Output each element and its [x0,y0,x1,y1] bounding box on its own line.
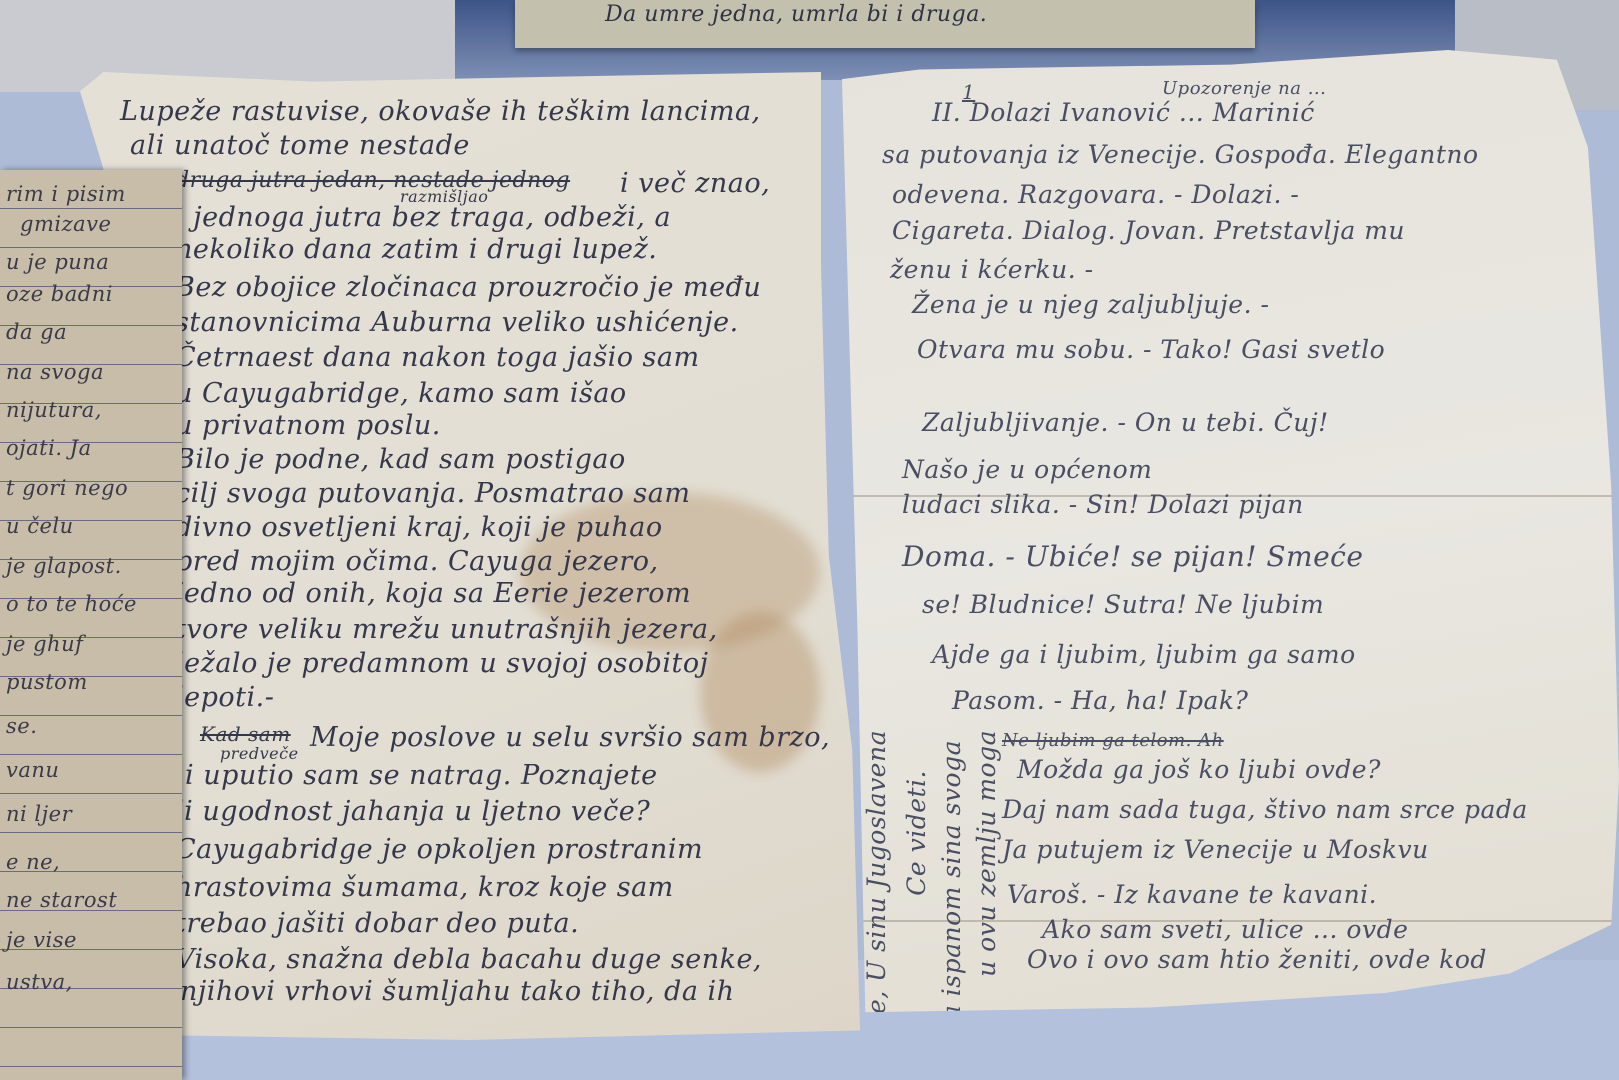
card-line: u čelu [6,514,74,538]
left-manuscript-page: Lupeže rastuvise, okovaše ih teškim lanc… [80,72,860,1040]
letter-line: pred mojim očima. Cayuga jezero, [175,546,659,577]
letter-line: nekoliko dana zatim i drugi lupež. [175,234,657,265]
card-line: ojati. Ja [6,436,92,460]
letter-line: tvore veliku mrežu unutrašnjih jezera, [175,614,718,645]
letter-line: u privatnom poslu. [175,410,441,441]
letter-line: ali unatoč tome nestade [130,130,470,161]
manuscript-scene: Da umre jedna, umrla bi i druga. Upozore… [0,0,1619,1080]
card-line: na svoga [6,360,104,384]
letter-line: lepoti.- [175,682,274,713]
right-line: ludaci slika. - Sin! Dolazi pijan [902,490,1304,519]
letter-line: stanovnicima Auburna veliko ushićenje. [175,307,739,338]
letter-line: hrastovima šumama, kroz koje sam [175,872,674,903]
top-note-text: Da umre jedna, umrla bi i druga. [605,2,987,27]
right-line: II. Dolazi Ivanović ... Marinić [932,98,1315,127]
right-line: Ajde ga i ljubim, ljubim ga samo [932,640,1356,669]
letter-line: Bez obojice zločinaca prouzročio je među [175,272,761,303]
letter-line: Moje poslove u selu svršio sam brzo, [310,722,830,753]
card-line: e ne, [6,850,60,874]
letter-line: i jednoga jutra bez traga, odbeži, a [175,202,671,233]
card-line: ne starost [6,888,117,912]
letter-line: cilj svoga putovanja. Posmatrao sam [175,478,690,509]
letter-line: Bilo je podne, kad sam postigao [175,444,626,475]
card-line: oze badni [6,282,113,306]
letter-line: Lupeže rastuvise, okovaše ih teškim lanc… [120,96,761,127]
right-line: Našo je u općenom [902,455,1152,484]
right-line: Cigareta. Dialog. Jovan. Pretstavlja mu [892,216,1405,245]
letter-line: i uputio sam se natrag. Poznajete [185,760,658,791]
right-line: Daj nam sada tuga, štivo nam srce pada [1002,795,1528,824]
right-manuscript-page: Upozorenje na ... 1 II. Dolazi Ivanović … [842,50,1619,1022]
card-line: u je puna [6,250,109,274]
header-note: Upozorenje na ... [1162,78,1326,99]
letter-line: Cayugabridge je opkoljen prostranim [175,834,703,865]
card-line: ni ljer [6,802,72,826]
letter-line: Četrnaest dana nakon toga jašio sam [175,342,700,373]
card-line: se. [6,714,37,738]
card-line: t gori nego [6,476,128,500]
right-line: Žena je u njeg zaljubljuje. - [912,290,1269,319]
right-line: Ja putujem iz Venecije u Moskvu [1002,835,1429,864]
right-line: Varoš. - Iz kavane te kavani. [1007,880,1377,909]
letter-line: li ugodnost jahanja u ljetno veče? [175,796,650,827]
card-line: da ga [6,320,67,344]
right-line: ženu i kćerku. - [890,255,1094,284]
letter-line: Visoka, snažna debla bacahu duge senke, [175,944,762,975]
letter-line: ležalo je predamnom u svojoj osobitoj [175,648,709,679]
right-line: sa putovanja iz Venecije. Gospođa. Elega… [882,140,1479,169]
letter-line: jedno od onih, koja sa Eerie jezerom [175,578,691,609]
letter-line: trebao jašiti dobar deo puta. [175,908,579,939]
card-line: nijutura, [6,398,102,422]
letter-line: divno osvetljeni kraj, koji je puhao [175,512,663,543]
letter-line-struck: Kad sam [200,722,291,746]
right-line: Pasom. - Ha, ha! Ipak? [952,686,1248,715]
margin-note: Ce videti. [902,770,931,896]
left-lined-card: rim i pisim gmizave u je puna oze badni … [0,170,182,1080]
card-line: je ghuf [6,632,83,656]
right-line: Otvara mu sobu. - Tako! Gasi svetlo [917,335,1385,364]
card-line: pustom [6,670,88,694]
right-line: Možda ga još ko ljubi ovde? [1017,755,1381,784]
right-line-struck: Ne ljubim ga telom. Ah [1002,730,1224,751]
letter-line: u Cayugabridge, kamo sam išao [175,378,627,409]
right-line: Ovo i ovo sam htio ženiti, ovde kod [1027,945,1487,974]
right-line: Zaljubljivanje. - On u tebi. Čuj! [922,408,1329,437]
margin-note: u ovu zemlju moga [972,730,1001,977]
margin-note: Le, U sinu Jugoslavena [862,730,891,1022]
letter-line-struck: druga jutra jedan, nestade jednog [175,168,570,193]
card-line: je glapost. [6,554,122,578]
margin-note: Za ispanom sina svoga [937,740,966,1022]
right-line: se! Bludnice! Sutra! Ne ljubim [922,590,1324,619]
card-line: o to te hoće [6,592,137,616]
right-line: Ako sam sveti, ulice ... ovde [1042,915,1408,944]
letter-line: i več znao, [620,168,770,199]
card-line: gmizave [20,212,111,236]
right-line: odevena. Razgovara. - Dolazi. - [892,180,1299,209]
card-line: je vise [6,928,77,952]
right-line: Doma. - Ubiće! se pijan! Smeće [902,540,1363,573]
top-note-strip: Da umre jedna, umrla bi i druga. [515,0,1255,48]
card-line: ustva, [6,970,73,994]
card-line: vanu [6,758,59,782]
letter-line: njihovi vrhovi šumljahu tako tiho, da ih [180,976,735,1007]
card-line: rim i pisim [6,182,126,206]
